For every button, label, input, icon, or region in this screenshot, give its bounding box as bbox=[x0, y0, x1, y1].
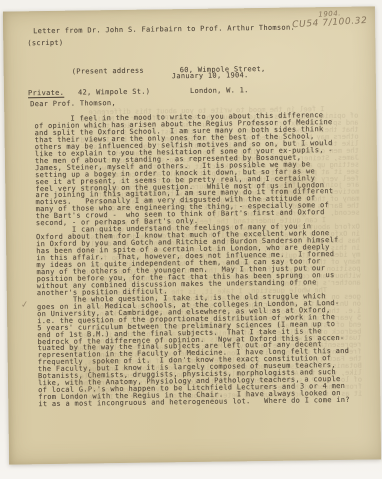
letter-paragraph: The whole question, I take it, is the ol… bbox=[37, 292, 367, 408]
pencil-checkmark-icon: ✓ bbox=[20, 300, 29, 311]
private-label: Private. bbox=[28, 90, 64, 97]
archival-annotation: 1904. CU54 7/100.32 bbox=[291, 8, 367, 30]
sender-address: 60, Wimpole Street, London, W. 1. bbox=[179, 52, 266, 109]
present-address-line1: (Present address bbox=[72, 67, 150, 75]
letter-title: Letter from Dr. John S. Fairbairn to Pro… bbox=[33, 25, 295, 36]
letter-body: I feel in the mood to write to you about… bbox=[34, 112, 366, 409]
script-note: (script) bbox=[27, 40, 63, 47]
scanned-letter-page: { "annotation": { "year": "1904.", "refe… bbox=[0, 0, 382, 479]
letter-date: January 10, 1904. bbox=[172, 72, 249, 80]
address-city: London, W. 1. bbox=[180, 87, 266, 95]
letter-paragraph: I feel in the mood to write to you about… bbox=[34, 112, 364, 228]
letter-paragraph: I can quite understand the feelings of m… bbox=[36, 223, 365, 297]
letter-paper: I feel in the mood to write to you about… bbox=[3, 6, 381, 464]
salutation-line: Dear Prof. Thomson, bbox=[30, 100, 116, 108]
present-address-line2: 42, Wimpole St.) bbox=[72, 88, 150, 96]
